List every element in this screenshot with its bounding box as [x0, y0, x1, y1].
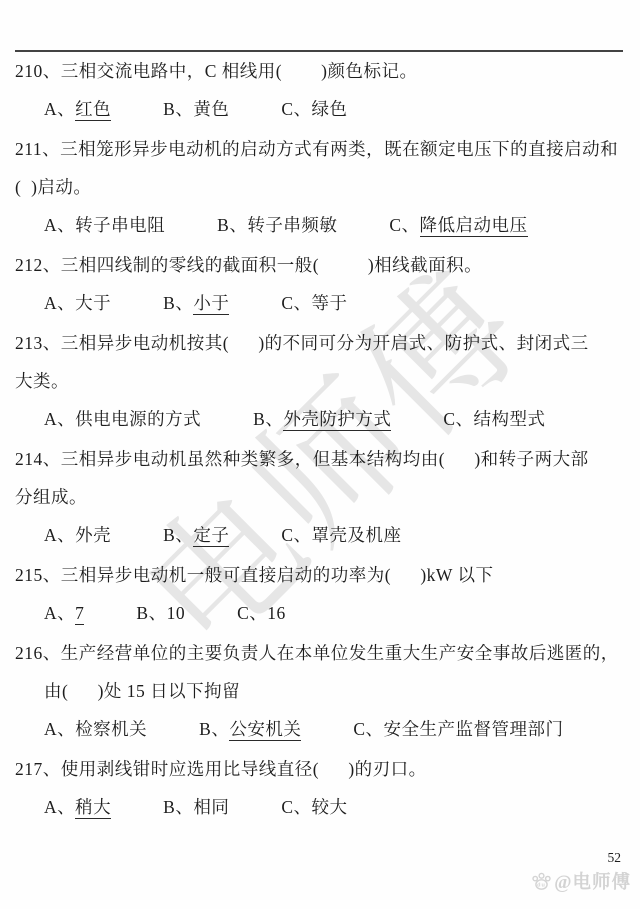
option: A、检察机关 — [44, 710, 147, 748]
question: 217、使用剥线钳时应选用比导线直径( )的刃口。A、稍大B、相同C、较大 — [15, 750, 627, 826]
svg-text:du: du — [537, 882, 546, 888]
option-label: C、 — [443, 409, 473, 429]
option-text-answer: 定子 — [193, 525, 229, 547]
option-text: 16 — [267, 603, 286, 623]
option: B、10 — [136, 594, 185, 632]
option: B、相同 — [163, 788, 229, 826]
option-row: A、供电电源的方式B、外壳防护方式C、结构型式 — [15, 400, 627, 438]
option: A、转子串电阻 — [44, 206, 165, 244]
question-text-line: ( )启动。 — [15, 168, 627, 206]
option-row: A、7B、10C、16 — [15, 594, 627, 632]
question: 215、三相异步电动机一般可直接启动的功率为( )kW 以下A、7B、10C、1… — [15, 556, 627, 632]
option-row: A、稍大B、相同C、较大 — [15, 788, 627, 826]
option-label: A、 — [44, 215, 75, 235]
option-text: 较大 — [312, 797, 348, 817]
option-text: 等于 — [312, 293, 348, 313]
footer-watermark-text: @电师傅 — [554, 868, 631, 894]
option-text: 罩壳及机座 — [312, 525, 402, 545]
option: C、降低启动电压 — [389, 206, 527, 244]
option-text: 绿色 — [312, 99, 348, 119]
option-text: 10 — [167, 603, 186, 623]
option: B、小于 — [163, 284, 229, 322]
document-page: 电师傅 210、三相交流电路中，C 相线用( )颜色标记。A、红色B、黄色C、绿… — [0, 0, 640, 909]
footer-watermark: du @电师傅 — [531, 868, 631, 894]
option-text-answer: 降低启动电压 — [420, 215, 528, 237]
question: 214、三相异步电动机虽然种类繁多，但基本结构均由( )和转子两大部分组成。A、… — [15, 440, 627, 554]
question-text-line: 211、三相笼形异步电动机的启动方式有两类，既在额定电压下的直接启动和 — [15, 130, 627, 168]
option-text: 相同 — [193, 797, 229, 817]
option-text: 结构型式 — [474, 409, 546, 429]
question-text-line: 大类。 — [15, 362, 627, 400]
question: 216、生产经营单位的主要负责人在本单位发生重大生产安全事故后逃匿的，由( )处… — [15, 634, 627, 748]
option-label: A、 — [44, 719, 75, 739]
option-label: A、 — [44, 525, 75, 545]
option-text: 黄色 — [193, 99, 229, 119]
option: A、供电电源的方式 — [44, 400, 201, 438]
question-text-line: 216、生产经营单位的主要负责人在本单位发生重大生产安全事故后逃匿的， — [15, 634, 627, 672]
option-row: A、红色B、黄色C、绿色 — [15, 90, 627, 128]
option-label: A、 — [44, 293, 75, 313]
option-label: C、 — [237, 603, 267, 623]
option-text-answer: 稍大 — [75, 797, 111, 819]
question: 210、三相交流电路中，C 相线用( )颜色标记。A、红色B、黄色C、绿色 — [15, 52, 627, 128]
question-text-line: 214、三相异步电动机虽然种类繁多，但基本结构均由( )和转子两大部 — [15, 440, 627, 478]
option-label: C、 — [353, 719, 383, 739]
question-text-line: 213、三相异步电动机按其( )的不同可分为开启式、防护式、封闭式三 — [15, 324, 627, 362]
option: A、7 — [44, 594, 84, 632]
option-label: C、 — [281, 99, 311, 119]
option-text: 安全生产监督管理部门 — [384, 719, 564, 739]
option: C、安全生产监督管理部门 — [353, 710, 563, 748]
option: B、黄色 — [163, 90, 229, 128]
question-text-line: 212、三相四线制的零线的截面积一般( )相线截面积。 — [15, 246, 627, 284]
option: C、等于 — [281, 284, 347, 322]
option-text: 大于 — [75, 293, 111, 313]
option-label: A、 — [44, 99, 75, 119]
option-label: B、 — [217, 215, 247, 235]
option: C、罩壳及机座 — [281, 516, 401, 554]
option-label: C、 — [389, 215, 419, 235]
option: B、公安机关 — [199, 710, 301, 748]
option-row: A、大于B、小于C、等于 — [15, 284, 627, 322]
option: A、稍大 — [44, 788, 111, 826]
option-label: B、 — [199, 719, 229, 739]
question-text-line: 由( )处 15 日以下拘留 — [15, 672, 627, 710]
option: A、红色 — [44, 90, 111, 128]
option: A、外壳 — [44, 516, 111, 554]
option-label: C、 — [281, 525, 311, 545]
option-label: B、 — [163, 797, 193, 817]
option-row: A、检察机关B、公安机关C、安全生产监督管理部门 — [15, 710, 627, 748]
question-text-line: 210、三相交流电路中，C 相线用( )颜色标记。 — [15, 52, 627, 90]
option-label: C、 — [281, 797, 311, 817]
option-label: B、 — [136, 603, 166, 623]
option: C、16 — [237, 594, 286, 632]
option-label: A、 — [44, 409, 75, 429]
option-text: 检察机关 — [75, 719, 147, 739]
option-text-answer: 公安机关 — [229, 719, 301, 741]
question-text-line: 215、三相异步电动机一般可直接启动的功率为( )kW 以下 — [15, 556, 627, 594]
paw-icon: du — [531, 871, 552, 892]
question: 212、三相四线制的零线的截面积一般( )相线截面积。A、大于B、小于C、等于 — [15, 246, 627, 322]
option-text: 外壳 — [75, 525, 111, 545]
option-text: 供电电源的方式 — [75, 409, 201, 429]
option: C、绿色 — [281, 90, 347, 128]
option-label: B、 — [163, 525, 193, 545]
option-text-answer: 小于 — [193, 293, 229, 315]
option-label: B、 — [163, 293, 193, 313]
header-rule — [15, 50, 623, 52]
option-label: C、 — [281, 293, 311, 313]
option: B、转子串频敏 — [217, 206, 337, 244]
question: 211、三相笼形异步电动机的启动方式有两类，既在额定电压下的直接启动和( )启动… — [15, 130, 627, 244]
question: 213、三相异步电动机按其( )的不同可分为开启式、防护式、封闭式三大类。A、供… — [15, 324, 627, 438]
option: C、结构型式 — [443, 400, 545, 438]
option-text: 转子串频敏 — [247, 215, 337, 235]
option-text-answer: 红色 — [75, 99, 111, 121]
option-row: A、转子串电阻B、转子串频敏C、降低启动电压 — [15, 206, 627, 244]
question-text-line: 分组成。 — [15, 478, 627, 516]
option-row: A、外壳B、定子C、罩壳及机座 — [15, 516, 627, 554]
question-text-line: 217、使用剥线钳时应选用比导线直径( )的刃口。 — [15, 750, 627, 788]
option: A、大于 — [44, 284, 111, 322]
page-number: 52 — [608, 850, 622, 866]
option: C、较大 — [281, 788, 347, 826]
option: B、外壳防护方式 — [253, 400, 391, 438]
option-label: A、 — [44, 603, 75, 623]
option-label: A、 — [44, 797, 75, 817]
option-label: B、 — [163, 99, 193, 119]
question-list: 210、三相交流电路中，C 相线用( )颜色标记。A、红色B、黄色C、绿色211… — [15, 52, 627, 826]
option-label: B、 — [253, 409, 283, 429]
option-text: 转子串电阻 — [75, 215, 165, 235]
option-text-answer: 外壳防护方式 — [283, 409, 391, 431]
option-text-answer: 7 — [75, 603, 84, 625]
option: B、定子 — [163, 516, 229, 554]
